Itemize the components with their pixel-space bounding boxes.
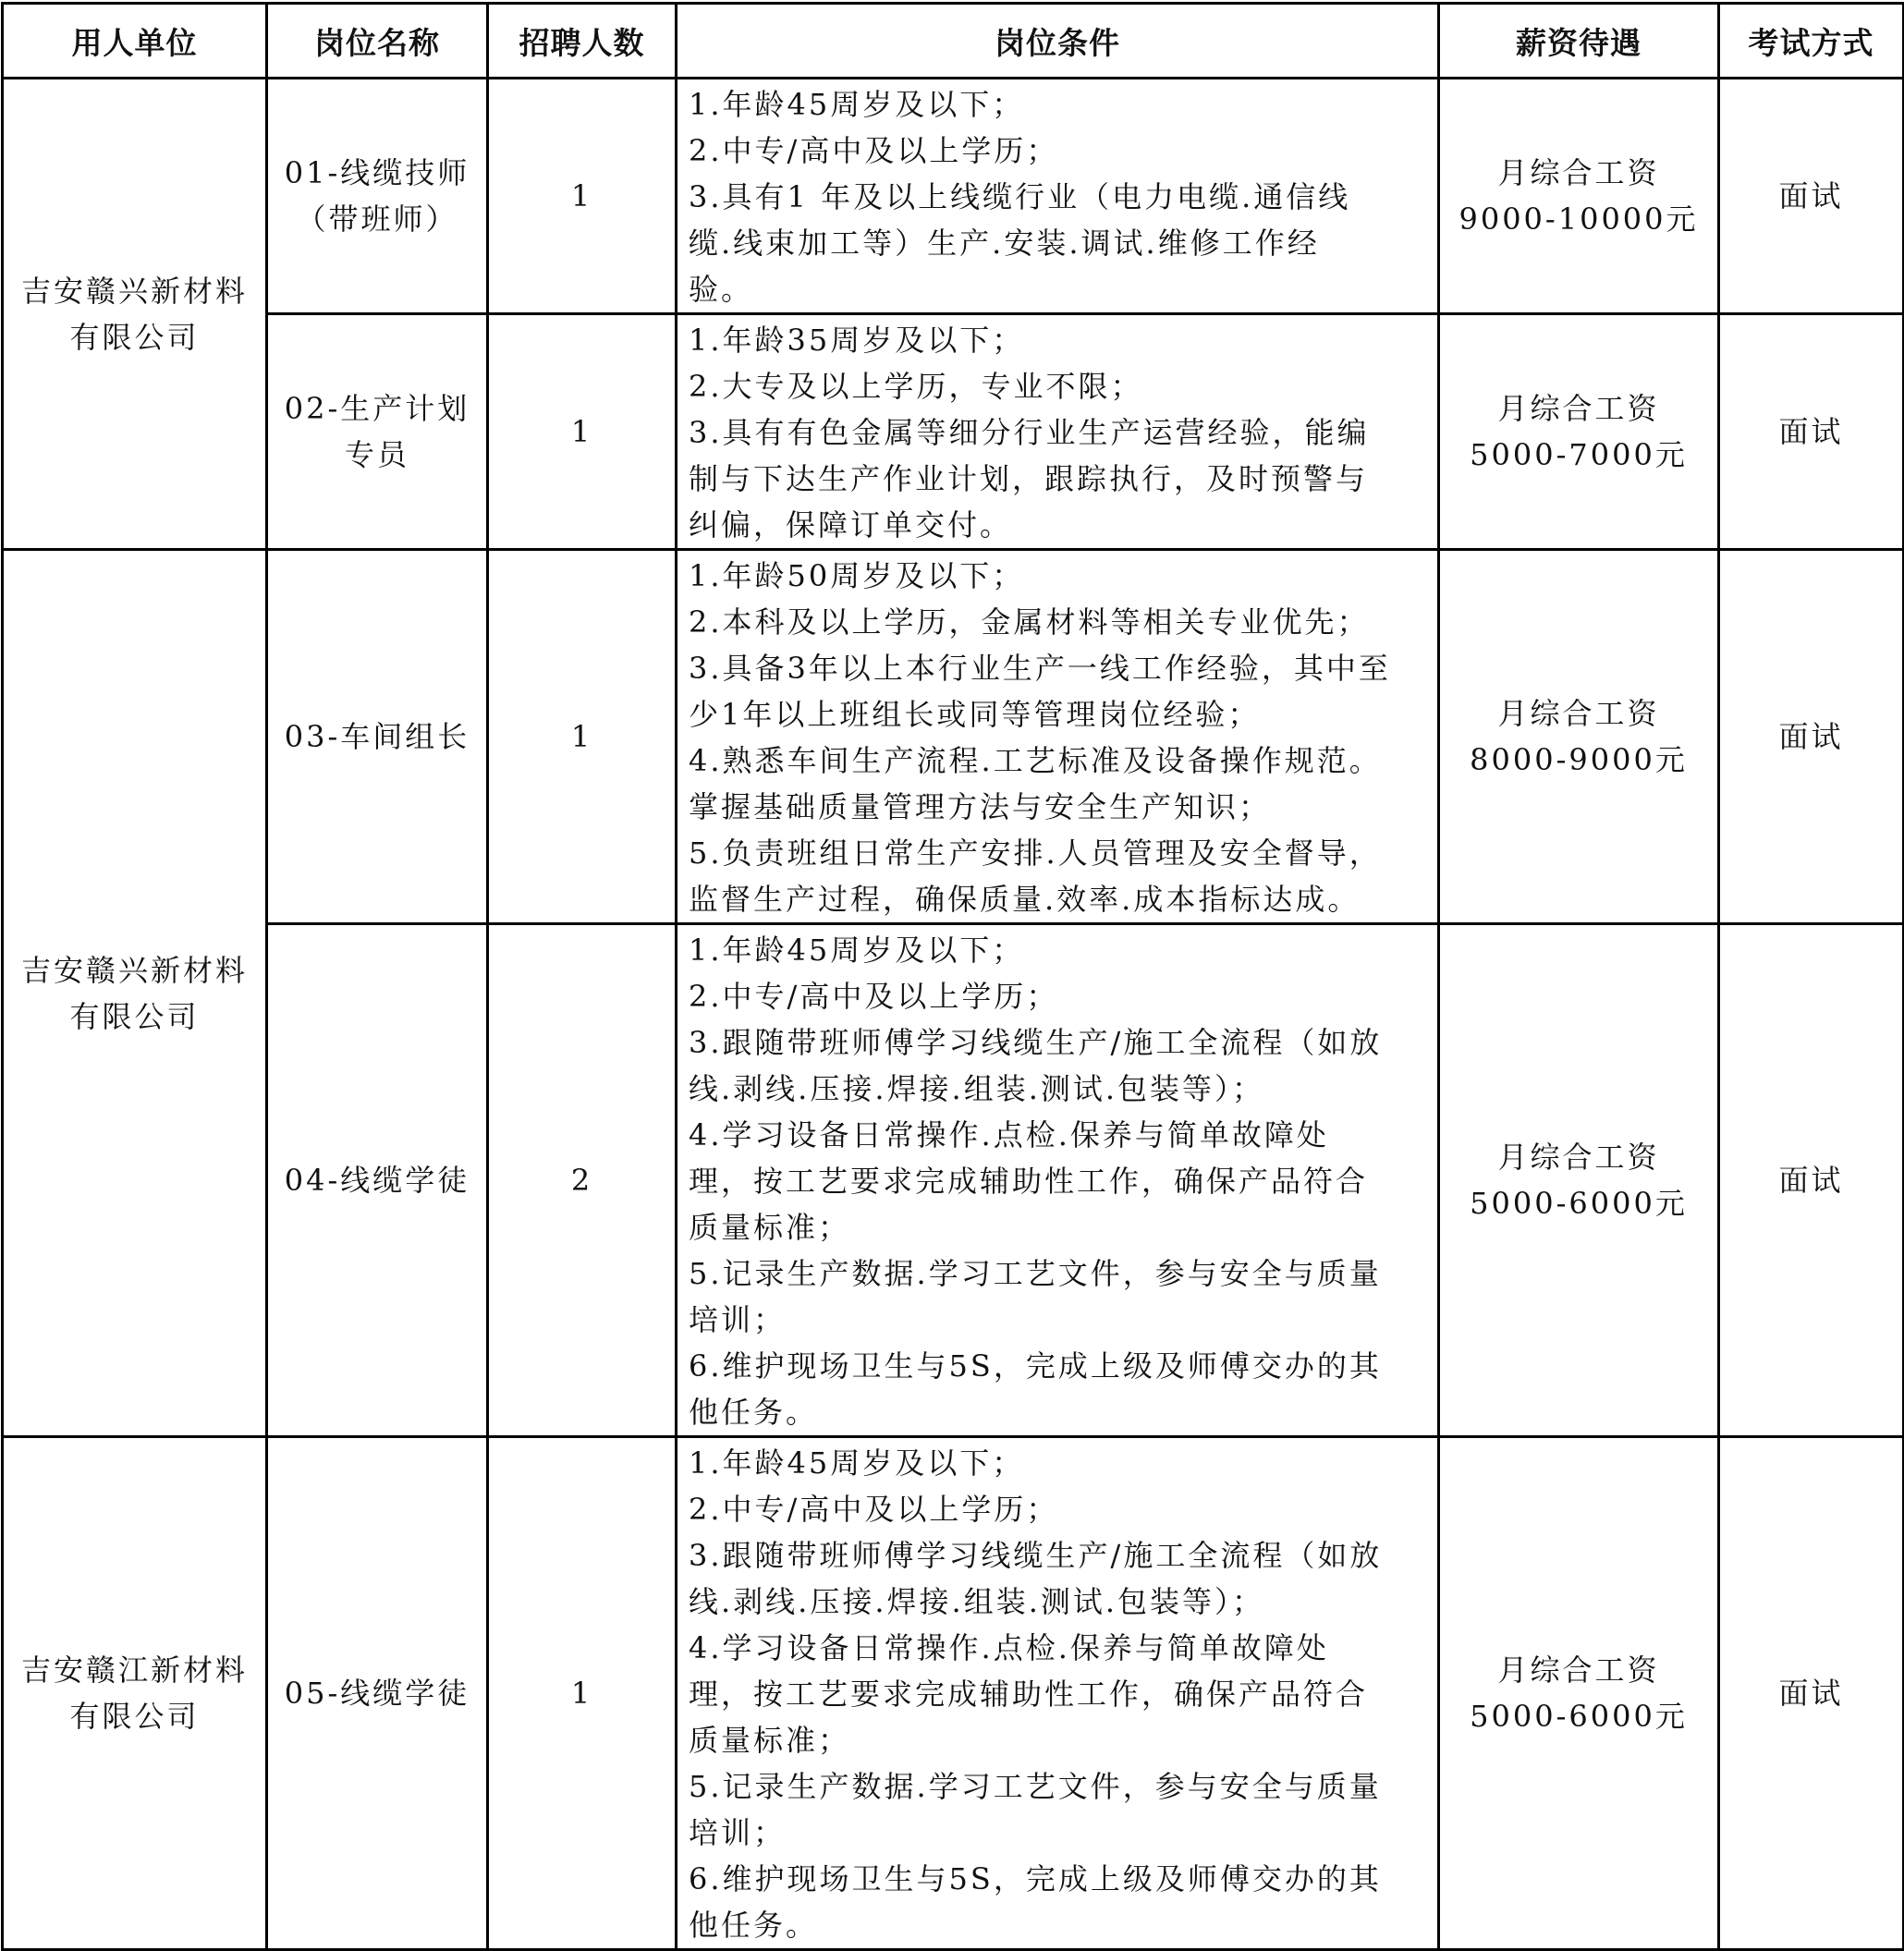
salary-label: 月综合工资 <box>1440 690 1717 737</box>
requirement-line: 理，按工艺要求完成辅助性工作，确保产品符合 <box>689 1671 1426 1717</box>
requirement-line: 1.年龄50周岁及以下； <box>689 553 1426 599</box>
requirement-line: 质量标准； <box>689 1204 1426 1250</box>
requirement-line: 验。 <box>689 266 1426 312</box>
position-name-line: 04-线缆学徒 <box>268 1157 486 1203</box>
header-employer: 用人单位 <box>3 4 267 79</box>
requirement-line: 他任务。 <box>689 1902 1426 1945</box>
position-name-line: 02-生产计划 <box>268 385 486 432</box>
employer-cell: 吉安赣江新材料 有限公司 <box>3 1437 267 1945</box>
employer-cell: 吉安赣兴新材料 有限公司 <box>3 550 267 1437</box>
headcount-cell: 2 <box>488 924 677 1437</box>
position-name-line: 专员 <box>268 432 486 478</box>
requirement-line: 3.跟随带班师傅学习线缆生产/施工全流程（如放 <box>689 1532 1426 1579</box>
exam-method-cell: 面试 <box>1719 924 1904 1437</box>
position-name-line: 03-车间组长 <box>268 713 486 760</box>
employer-name-line: 吉安赣兴新材料 <box>4 947 265 994</box>
requirement-line: 2.中专/高中及以上学历； <box>689 973 1426 1019</box>
headcount-cell: 1 <box>488 79 677 314</box>
requirement-line: 6.维护现场卫生与5S，完成上级及师傅交办的其 <box>689 1856 1426 1902</box>
requirement-line: 他任务。 <box>689 1389 1426 1435</box>
salary-range: 5000-7000元 <box>1440 432 1717 478</box>
salary-cell: 月综合工资 8000-9000元 <box>1439 550 1719 924</box>
requirement-line: 培训； <box>689 1810 1426 1856</box>
requirement-line: 3.跟随带班师傅学习线缆生产/施工全流程（如放 <box>689 1019 1426 1066</box>
requirement-line: 3.具有1 年及以上线缆行业（电力电缆.通信线 <box>689 174 1426 220</box>
header-exam-method: 考试方式 <box>1719 4 1904 79</box>
requirement-line: 培训； <box>689 1297 1426 1343</box>
position-name-line: （带班师） <box>268 196 486 242</box>
employer-name-line: 吉安赣江新材料 <box>4 1647 265 1693</box>
position-name-cell: 03-车间组长 <box>267 550 488 924</box>
requirement-line: 1.年龄45周岁及以下； <box>689 927 1426 973</box>
requirement-line: 监督生产过程，确保质量.效率.成本指标达成。 <box>689 876 1426 922</box>
employer-name-line: 有限公司 <box>4 994 265 1040</box>
employer-name-line: 有限公司 <box>4 1693 265 1739</box>
requirement-line: 1.年龄45周岁及以下； <box>689 1440 1426 1486</box>
requirement-line: 2.大专及以上学历，专业不限； <box>689 363 1426 409</box>
salary-range: 5000-6000元 <box>1440 1180 1717 1226</box>
header-requirements: 岗位条件 <box>677 4 1439 79</box>
table-row: 吉安赣兴新材料 有限公司 01-线缆技师 （带班师） 1 1.年龄45周岁及以下… <box>3 79 1904 314</box>
salary-cell: 月综合工资 5000-6000元 <box>1439 924 1719 1437</box>
requirement-line: 4.熟悉车间生产流程.工艺标准及设备操作规范。 <box>689 738 1426 784</box>
exam-method-cell: 面试 <box>1719 314 1904 550</box>
salary-cell: 月综合工资 5000-7000元 <box>1439 314 1719 550</box>
headcount-cell: 1 <box>488 314 677 550</box>
requirement-line: 2.本科及以上学历，金属材料等相关专业优先； <box>689 599 1426 645</box>
salary-label: 月综合工资 <box>1440 150 1717 196</box>
exam-method-cell: 面试 <box>1719 550 1904 924</box>
requirement-line: 2.中专/高中及以上学历； <box>689 128 1426 174</box>
requirements-cell: 1.年龄50周岁及以下； 2.本科及以上学历，金属材料等相关专业优先； 3.具备… <box>677 550 1439 924</box>
table-row: 吉安赣江新材料 有限公司 05-线缆学徒 1 1.年龄45周岁及以下； 2.中专… <box>3 1437 1904 1945</box>
requirement-line: 1.年龄35周岁及以下； <box>689 317 1426 363</box>
requirement-line: 质量标准； <box>689 1717 1426 1763</box>
employer-name-line: 吉安赣兴新材料 <box>4 268 265 314</box>
exam-method-cell: 面试 <box>1719 79 1904 314</box>
requirement-line: 纠偏，保障订单交付。 <box>689 502 1426 548</box>
salary-label: 月综合工资 <box>1440 1134 1717 1180</box>
headcount-cell: 1 <box>488 1437 677 1945</box>
table-header-row: 用人单位 岗位名称 招聘人数 岗位条件 薪资待遇 考试方式 <box>3 4 1904 79</box>
requirement-line: 线.剥线.压接.焊接.组装.测试.包装等）； <box>689 1579 1426 1625</box>
requirement-line: 3.具有有色金属等细分行业生产运营经验，能编 <box>689 409 1426 456</box>
table-row: 吉安赣兴新材料 有限公司 03-车间组长 1 1.年龄50周岁及以下； 2.本科… <box>3 550 1904 924</box>
requirement-line: 6.维护现场卫生与5S，完成上级及师傅交办的其 <box>689 1343 1426 1389</box>
requirement-line: 线.剥线.压接.焊接.组装.测试.包装等）； <box>689 1066 1426 1112</box>
position-name-line: 01-线缆技师 <box>268 150 486 196</box>
header-position-name: 岗位名称 <box>267 4 488 79</box>
requirement-line: 5.负责班组日常生产安排.人员管理及安全督导， <box>689 830 1426 876</box>
requirement-line: 4.学习设备日常操作.点检.保养与简单故障处 <box>689 1625 1426 1671</box>
salary-range: 8000-9000元 <box>1440 737 1717 783</box>
requirement-line: 5.记录生产数据.学习工艺文件，参与安全与质量 <box>689 1250 1426 1297</box>
requirement-line: 少1年以上班组长或同等管理岗位经验； <box>689 691 1426 738</box>
requirement-line: 制与下达生产作业计划，跟踪执行，及时预警与 <box>689 456 1426 502</box>
position-name-cell: 05-线缆学徒 <box>267 1437 488 1945</box>
position-name-cell: 02-生产计划 专员 <box>267 314 488 550</box>
requirement-line: 5.记录生产数据.学习工艺文件，参与安全与质量 <box>689 1763 1426 1810</box>
requirements-cell: 1.年龄45周岁及以下； 2.中专/高中及以上学历； 3.具有1 年及以上线缆行… <box>677 79 1439 314</box>
requirements-cell: 1.年龄45周岁及以下； 2.中专/高中及以上学历； 3.跟随带班师傅学习线缆生… <box>677 1437 1439 1945</box>
table-row: 04-线缆学徒 2 1.年龄45周岁及以下； 2.中专/高中及以上学历； 3.跟… <box>3 924 1904 1437</box>
requirements-cell: 1.年龄45周岁及以下； 2.中专/高中及以上学历； 3.跟随带班师傅学习线缆生… <box>677 924 1439 1437</box>
requirements-cell: 1.年龄35周岁及以下； 2.大专及以上学历，专业不限； 3.具有有色金属等细分… <box>677 314 1439 550</box>
requirement-line: 4.学习设备日常操作.点检.保养与简单故障处 <box>689 1112 1426 1158</box>
table-row: 02-生产计划 专员 1 1.年龄35周岁及以下； 2.大专及以上学历，专业不限… <box>3 314 1904 550</box>
requirement-line: 1.年龄45周岁及以下； <box>689 81 1426 128</box>
requirement-line: 3.具备3年以上本行业生产一线工作经验，其中至 <box>689 645 1426 691</box>
salary-cell: 月综合工资 5000-6000元 <box>1439 1437 1719 1945</box>
requirement-line: 掌握基础质量管理方法与安全生产知识； <box>689 784 1426 830</box>
position-name-cell: 04-线缆学徒 <box>267 924 488 1437</box>
recruitment-table: 用人单位 岗位名称 招聘人数 岗位条件 薪资待遇 考试方式 吉安赣兴新材料 有限… <box>1 2 1904 1945</box>
salary-cell: 月综合工资 9000-10000元 <box>1439 79 1719 314</box>
requirement-line: 理，按工艺要求完成辅助性工作，确保产品符合 <box>689 1158 1426 1204</box>
header-headcount: 招聘人数 <box>488 4 677 79</box>
position-name-line: 05-线缆学徒 <box>268 1670 486 1716</box>
salary-label: 月综合工资 <box>1440 1647 1717 1693</box>
requirement-line: 缆.线束加工等）生产.安装.调试.维修工作经 <box>689 220 1426 266</box>
headcount-cell: 1 <box>488 550 677 924</box>
position-name-cell: 01-线缆技师 （带班师） <box>267 79 488 314</box>
exam-method-cell: 面试 <box>1719 1437 1904 1945</box>
salary-range: 9000-10000元 <box>1440 196 1717 242</box>
salary-label: 月综合工资 <box>1440 385 1717 432</box>
header-salary: 薪资待遇 <box>1439 4 1719 79</box>
requirement-line: 2.中专/高中及以上学历； <box>689 1486 1426 1532</box>
employer-cell: 吉安赣兴新材料 有限公司 <box>3 79 267 550</box>
salary-range: 5000-6000元 <box>1440 1693 1717 1739</box>
employer-name-line: 有限公司 <box>4 314 265 360</box>
